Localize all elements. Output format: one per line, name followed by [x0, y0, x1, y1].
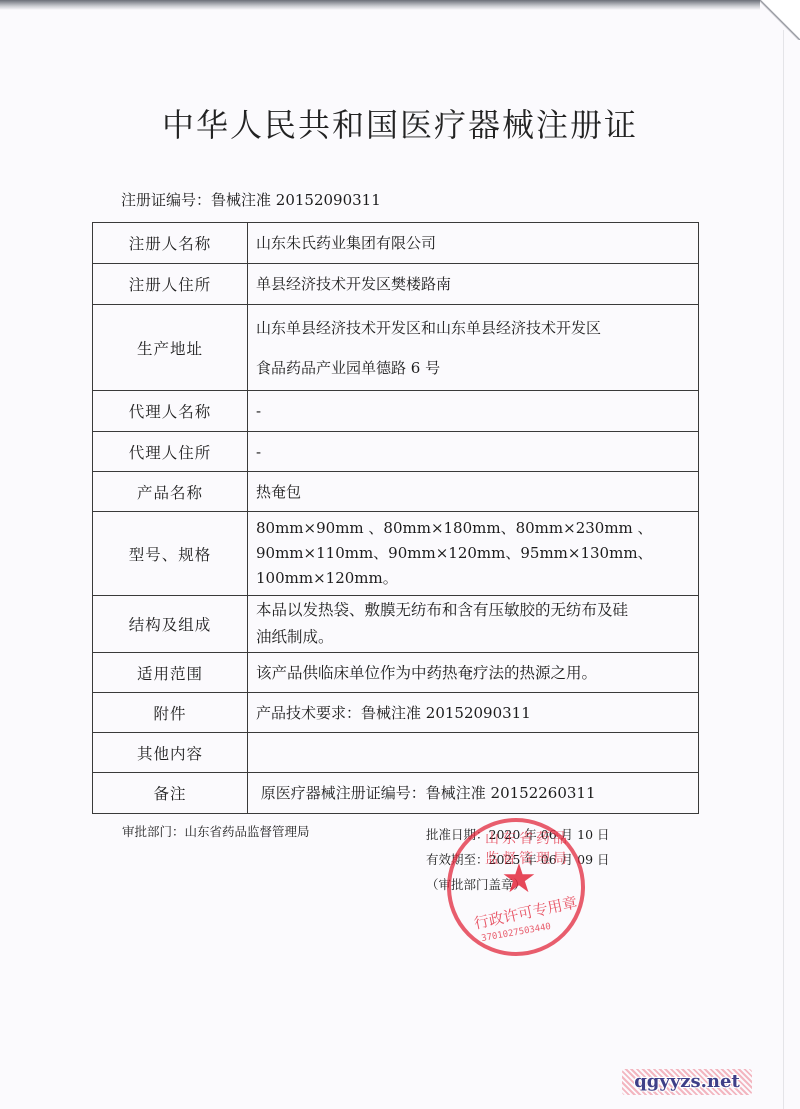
table-row-other: 其他内容: [93, 733, 699, 773]
table-row-attachment: 附件 产品技术要求：鲁械注准 20152090311: [93, 693, 699, 733]
approval-info: 批准日期：2020 年 06 月 10 日 有效期至：2025 年 06 月 0…: [426, 822, 610, 897]
certificate-table: 注册人名称 山东朱氏药业集团有限公司 注册人住所 单县经济技术开发区樊楼路南 生…: [92, 222, 699, 814]
table-row-model-spec: 型号、规格 80mm×90mm 、80mm×180mm、80mm×230mm 、…: [93, 512, 699, 596]
row-value: 80mm×90mm 、80mm×180mm、80mm×230mm 、 90mm×…: [248, 512, 699, 596]
seal-code: 3701027503440: [481, 922, 552, 944]
value-line: 油纸制成。: [256, 624, 692, 651]
site-watermark: qgyyzs.net: [622, 1069, 752, 1095]
row-value: 该产品供临床单位作为中药热奄疗法的热源之用。: [248, 653, 699, 693]
table-row-agent-address: 代理人住所 -: [93, 432, 699, 472]
row-label: 附件: [93, 693, 248, 733]
table-row-agent-name: 代理人名称 -: [93, 391, 699, 432]
row-label: 适用范围: [93, 653, 248, 693]
document-title: 中华人民共和国医疗器械注册证: [0, 100, 800, 146]
seal-center-text: 行政许可专用章: [472, 891, 579, 933]
folded-page-corner: [760, 0, 800, 40]
row-label: 注册人住所: [93, 264, 248, 305]
approval-date: 批准日期：2020 年 06 月 10 日: [426, 822, 610, 847]
approval-department: 审批部门：山东省药品监督管理局: [122, 822, 310, 840]
row-value: -: [248, 432, 699, 472]
valid-until: 有效期至：2025 年 06 月 09 日: [426, 847, 610, 872]
row-value: -: [248, 391, 699, 432]
row-value: 山东单县经济技术开发区和山东单县经济技术开发区 食品药品产业园单德路 6 号: [248, 305, 699, 391]
table-row-production-address: 生产地址 山东单县经济技术开发区和山东单县经济技术开发区 食品药品产业园单德路 …: [93, 305, 699, 391]
row-label: 代理人名称: [93, 391, 248, 432]
row-label: 代理人住所: [93, 432, 248, 472]
row-label: 产品名称: [93, 472, 248, 512]
row-value: 热奄包: [248, 472, 699, 512]
table-row-registrant-name: 注册人名称 山东朱氏药业集团有限公司: [93, 223, 699, 264]
table-row-remarks: 备注 原医疗器械注册证编号：鲁械注准 20152260311: [93, 773, 699, 814]
row-value: 本品以发热袋、敷膜无纺布和含有压敏胶的无纺布及硅 油纸制成。: [248, 596, 699, 653]
value-line: 山东单县经济技术开发区和山东单县经济技术开发区: [256, 308, 692, 348]
table-row-registrant-address: 注册人住所 单县经济技术开发区樊楼路南: [93, 264, 699, 305]
table-row-product-name: 产品名称 热奄包: [93, 472, 699, 512]
row-label: 结构及组成: [93, 596, 248, 653]
value-line: 食品药品产业园单德路 6 号: [256, 348, 692, 388]
value-line: 80mm×90mm 、80mm×180mm、80mm×230mm 、: [256, 516, 692, 541]
row-value: 原医疗器械注册证编号：鲁械注准 20152260311: [248, 773, 699, 814]
row-label: 生产地址: [93, 305, 248, 391]
value-line: 100mm×120mm。: [256, 566, 692, 591]
value-line: 本品以发热袋、敷膜无纺布和含有压敏胶的无纺布及硅: [256, 597, 692, 624]
row-value: [248, 733, 699, 773]
row-label: 备注: [93, 773, 248, 814]
scan-page-edge: [0, 0, 800, 10]
row-value: 产品技术要求：鲁械注准 20152090311: [248, 693, 699, 733]
value-line: 90mm×110mm、90mm×120mm、95mm×130mm、: [256, 541, 692, 566]
row-value: 单县经济技术开发区樊楼路南: [248, 264, 699, 305]
scan-right-edge: [783, 30, 784, 1109]
registration-number: 注册证编号：鲁械注准 20152090311: [121, 189, 381, 210]
seal-note: （审批部门盖章）: [426, 872, 610, 897]
table-row-structure: 结构及组成 本品以发热袋、敷膜无纺布和含有压敏胶的无纺布及硅 油纸制成。: [93, 596, 699, 653]
row-label: 注册人名称: [93, 223, 248, 264]
row-label: 型号、规格: [93, 512, 248, 596]
row-value: 山东朱氏药业集团有限公司: [248, 223, 699, 264]
row-label: 其他内容: [93, 733, 248, 773]
table-row-scope: 适用范围 该产品供临床单位作为中药热奄疗法的热源之用。: [93, 653, 699, 693]
